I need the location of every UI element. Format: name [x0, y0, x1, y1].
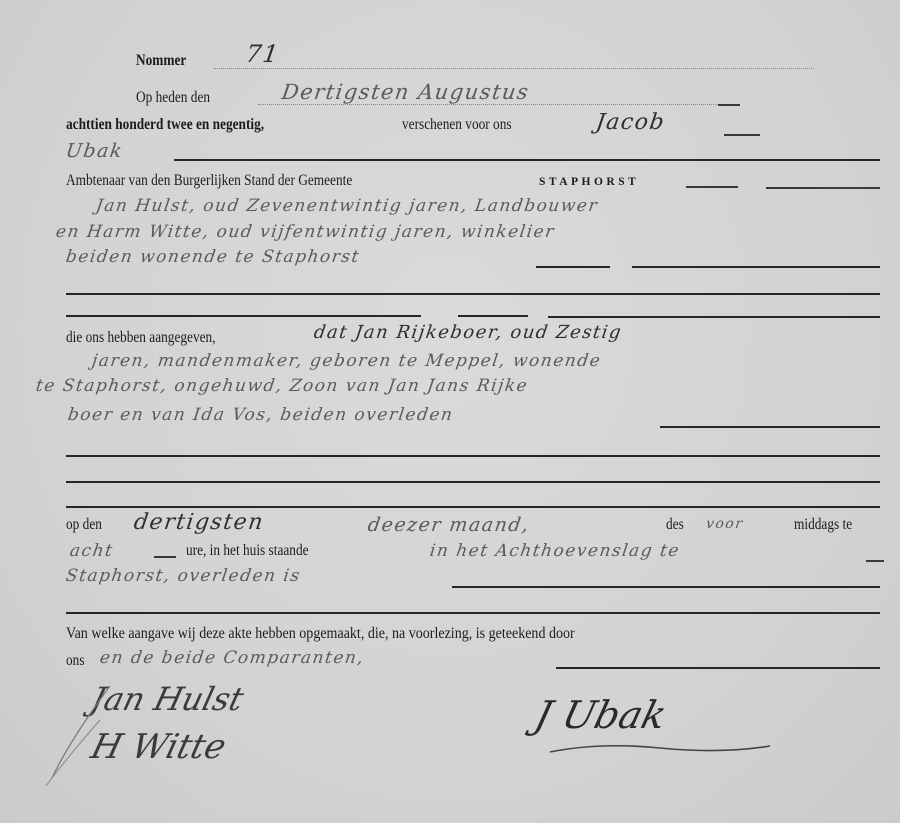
date-prefix: Op heden den: [136, 89, 210, 107]
death-location-2: Staphorst, overleden is: [65, 566, 302, 586]
death-day: dertigsten: [132, 510, 265, 535]
closing-printed: Van welke aangave wij deze akte hebben o…: [66, 625, 575, 643]
blank-rule-2c: [548, 316, 880, 318]
blank-rule-3: [66, 455, 880, 457]
signature-flourish-left: [40, 680, 120, 790]
witness-line-2: en Harm Witte, oud vijfentwintig jaren, …: [55, 222, 557, 242]
blank-rule-2a: [66, 315, 421, 317]
closing-rule: [556, 667, 880, 669]
declaration-line-2: jaren, mandenmaker, geboren te Meppel, w…: [91, 351, 603, 371]
death-on-printed: op den: [66, 516, 102, 534]
municipality-name: STAPHORST: [539, 176, 639, 188]
official-name-line: [724, 134, 760, 136]
blank-rule-1: [66, 293, 880, 295]
witness-rule-1: [536, 266, 610, 268]
death-des-printed: des: [666, 516, 684, 534]
witness-line-1: Jan Hulst, oud Zevenentwintig jaren, Lan…: [95, 196, 600, 216]
declaration-line-1: dat Jan Rijkeboer, oud Zestig: [313, 322, 624, 343]
blank-rule-2b: [458, 315, 528, 317]
location-2-rule: [452, 586, 880, 588]
death-hour: acht: [69, 541, 115, 561]
date-line-end: [718, 104, 740, 106]
blank-rule-5: [66, 506, 880, 508]
blank-rule-6: [66, 612, 880, 614]
municipality-rule-2: [766, 187, 880, 189]
location-rule: [866, 560, 884, 562]
signature-underline-flourish: [540, 740, 780, 760]
date-year-printed: achttien honderd twee en negentig,: [66, 116, 264, 134]
closing-handwritten: en de beide Comparanten,: [99, 648, 366, 668]
death-month: deezer maand,: [366, 514, 531, 536]
certificate-page: Nommer 71 Op heden den Dertigsten August…: [0, 0, 900, 823]
declaration-printed: die ons hebben aangegeven,: [66, 329, 216, 347]
blank-rule-4: [66, 481, 880, 483]
death-period: voor: [705, 516, 745, 532]
nommer-dotted-line: [214, 68, 814, 69]
death-middays-printed: middags te: [794, 516, 852, 534]
witness-rule-2: [632, 266, 880, 268]
date-handwritten: Dertigsten Augustus: [280, 80, 531, 104]
hour-rule: [154, 556, 176, 558]
appeared-before-text: verschenen voor ons: [402, 116, 512, 134]
death-location: in het Achthoevenslag te: [429, 541, 682, 561]
nommer-value: 71: [244, 40, 281, 68]
signature-official: J Ubak: [531, 693, 671, 737]
official-title-printed: Ambtenaar van den Burgerlijken Stand der…: [66, 172, 352, 190]
witness-line-3: beiden wonende te Staphorst: [65, 247, 362, 267]
municipality-rule-1: [686, 186, 738, 188]
declaration-rule: [660, 426, 880, 428]
nommer-label: Nommer: [136, 52, 186, 70]
official-first-name: Jacob: [594, 110, 667, 135]
declaration-line-4: boer en van Ida Vos, beiden overleden: [67, 405, 455, 425]
official-name-rule: [174, 159, 880, 161]
closing-ons-printed: ons: [66, 652, 85, 670]
official-last-name: Ubak: [64, 140, 124, 162]
declaration-line-3: te Staphorst, ongehuwd, Zoon van Jan Jan…: [35, 376, 530, 396]
date-dotted-line: [258, 104, 738, 105]
death-hour-printed: ure, in het huis staande: [186, 542, 309, 560]
